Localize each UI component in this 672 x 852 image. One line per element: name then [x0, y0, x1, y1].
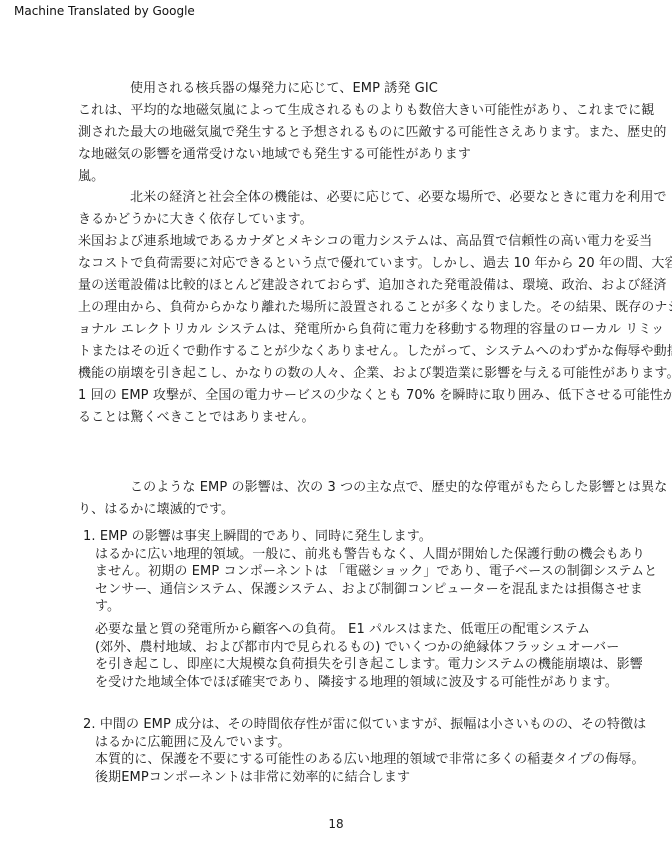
text-line: はるかに広い地理的領域。一般に、前兆も警告もなく、人間が開始した保護行動の機会も… [78, 546, 654, 564]
text-line: 測された最大の地磁気嵐で発生すると予想されるものに匹敵する可能性さえあります。ま… [78, 122, 654, 144]
text-line: 後期EMPコンポーネントは非常に効率的に結合します [78, 769, 654, 787]
text-line: 米国および連系地域であるカナダとメキシコの電力システムは、高品質で信頼性の高い電… [78, 231, 654, 253]
text-line: な地磁気の影響を通常受けない地域でも発生する可能性があります [78, 144, 654, 166]
text-line: す。 [78, 598, 654, 616]
text-line: 嵐。 [78, 166, 654, 188]
text-line: 上の理由から、負荷からかなり離れた場所に設置されることが多くなりました。その結果… [78, 297, 654, 319]
list-item-2: 2. 中間の EMP 成分は、その時間依存性が雷に似ていますが、振幅は小さいもの… [78, 716, 654, 786]
text-line: このような EMP の影響は、次の 3 つの主な点で、歴史的な停電がもたらした影… [78, 477, 654, 499]
text-line: り、はるかに壊滅的です。 [78, 499, 654, 521]
text-line: 使用される核兵器の爆発力に応じて、EMP 誘発 GIC [78, 78, 654, 100]
text-line: 2. 中間の EMP 成分は、その時間依存性が雷に似ていますが、振幅は小さいもの… [78, 716, 654, 734]
text-line: トまたはその近くで動作することが少なくありません。したがって、システムへのわずか… [78, 341, 654, 363]
text-line: はるかに広範囲に及んでいます。 [78, 734, 654, 752]
list-item-1-subparagraph: 必要な量と質の発電所から顧客への負荷。 E1 パルスはまた、低電圧の配電システム… [78, 621, 654, 691]
text-line: ることは驚くべきことではありません。 [78, 407, 654, 429]
paragraph-emp-effects-intro: このような EMP の影響は、次の 3 つの主な点で、歴史的な停電がもたらした影… [78, 477, 654, 521]
text-line: ません。初期の EMP コンポーネントは 「電磁ショック」であり、電子ベースの制… [78, 563, 654, 581]
paragraph-emp-gic: 使用される核兵器の爆発力に応じて、EMP 誘発 GIC これは、平均的な地磁気嵐… [78, 78, 654, 188]
text-line: を引き起こし、即座に大規模な負荷損失を引き起こします。電力システムの機能崩壊は、… [78, 656, 654, 674]
text-line: 本質的に、保護を不要にする可能性のある広い地理的領域で非常に多くの稲妻タイプの侮… [78, 751, 654, 769]
text-line: ョナル エレクトリカル システムは、発電所から負荷に電力を移動する物理的容量のロ… [78, 319, 654, 341]
text-line: これは、平均的な地磁気嵐によって生成されるものよりも数倍大きい可能性があり、これ… [78, 100, 654, 122]
text-line: (郊外、農村地域、および都市内で見られるもの) でいくつかの絶縁体フラッシュオー… [78, 639, 654, 657]
text-line: なコストで負荷需要に対応できるという点で優れています。しかし、過去 10 年から… [78, 253, 654, 275]
text-line: 機能の崩壊を引き起こし、かなりの数の人々、企業、および製造業に影響を与える可能性… [78, 363, 654, 385]
text-line: を受けた地域全体でほぼ確実であり、隣接する地理的領域に波及する可能性があります。 [78, 674, 654, 692]
list-item-1: 1. EMP の影響は事実上瞬間的であり、同時に発生します。 はるかに広い地理的… [78, 528, 654, 616]
document-page: Machine Translated by Google 使用される核兵器の爆発… [0, 0, 672, 852]
text-line: 1. EMP の影響は事実上瞬間的であり、同時に発生します。 [78, 528, 654, 546]
page-number: 18 [0, 817, 672, 831]
text-line: 量の送電設備は比較的ほとんど建設されておらず、追加された発電設備は、環境、政治、… [78, 275, 654, 297]
text-line: 1 回の EMP 攻撃が、全国の電力サービスの少なくとも 70% を瞬時に取り囲… [78, 385, 654, 407]
text-line: センサー、通信システム、保護システム、および制御コンピューターを混乱または損傷さ… [78, 581, 654, 599]
machine-translated-note: Machine Translated by Google [14, 4, 195, 18]
paragraph-north-america-power: 北米の経済と社会全体の機能は、必要に応じて、必要な場所で、必要なときに電力を利用… [78, 187, 654, 429]
text-line: きるかどうかに大きく依存しています。 [78, 209, 654, 231]
text-line: 北米の経済と社会全体の機能は、必要に応じて、必要な場所で、必要なときに電力を利用… [78, 187, 654, 209]
text-line: 必要な量と質の発電所から顧客への負荷。 E1 パルスはまた、低電圧の配電システム [78, 621, 654, 639]
